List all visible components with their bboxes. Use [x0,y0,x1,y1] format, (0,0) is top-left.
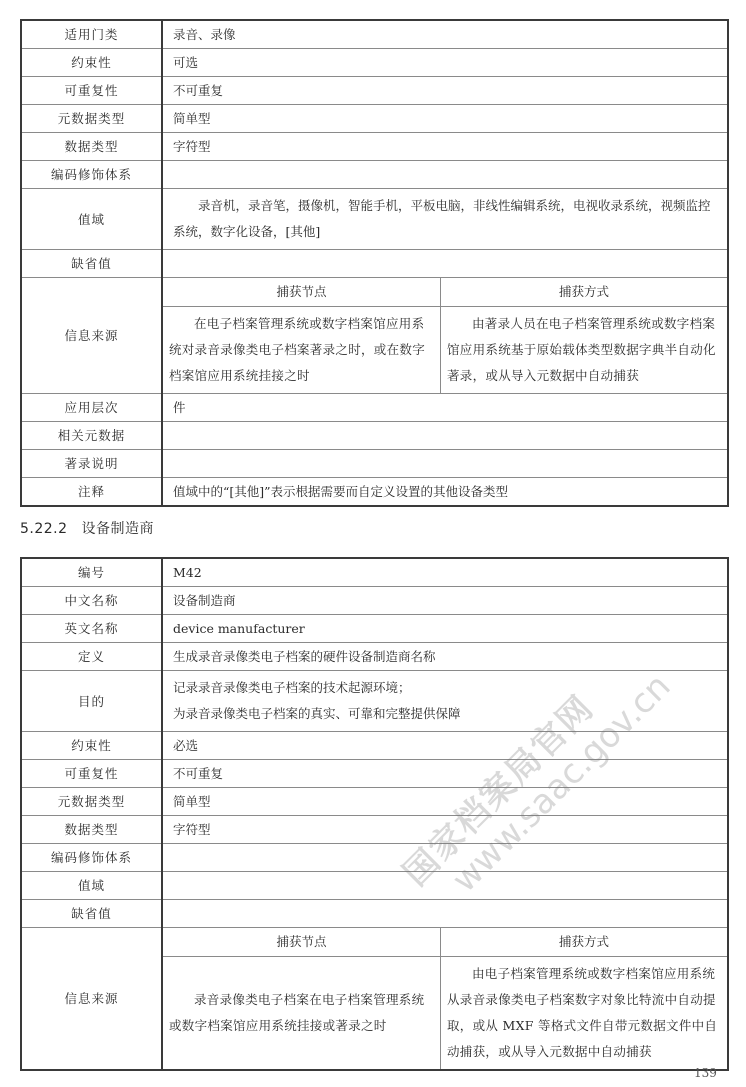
row-value: device manufacturer [162,615,728,643]
row-label: 英文名称 [21,615,162,643]
metadata-table-device-type: 适用门类 录音、录像 约束性 可选 可重复性 不可重复 元数据类型 简单型 数据… [20,19,729,507]
table-row: 可重复性 不可重复 [21,760,728,788]
metadata-table-device-manufacturer: 编号 M42 中文名称 设备制造商 英文名称 device manufactur… [20,557,729,1071]
table-row: 值域 [21,872,728,900]
row-value [162,422,728,450]
purpose-line: 记录录音录像类电子档案的技术起源环境； [173,675,717,701]
table-row: 应用层次 件 [21,394,728,422]
table-row-info-source: 信息来源 捕获节点 捕获方式 在电子档案管理系统或数字档案馆应用系统对录音录像类… [21,278,728,394]
row-label: 定义 [21,643,162,671]
row-value [162,872,728,900]
table-row: 著录说明 [21,450,728,478]
row-value [162,844,728,872]
page-number: 139 [694,1066,717,1080]
row-label: 可重复性 [21,77,162,105]
row-label: 约束性 [21,49,162,77]
row-value: 简单型 [162,105,728,133]
table-row: 数据类型 字符型 [21,816,728,844]
row-value [162,250,728,278]
row-label: 元数据类型 [21,788,162,816]
table-row: 元数据类型 简单型 [21,788,728,816]
row-label: 元数据类型 [21,105,162,133]
row-label: 注释 [21,478,162,507]
table-row-purpose: 目的 记录录音录像类电子档案的技术起源环境； 为录音录像类电子档案的真实、可靠和… [21,671,728,732]
capture-method-text: 由著录人员在电子档案管理系统或数字档案馆应用系统基于原始载体类型数据字典半自动化… [441,307,728,394]
row-value: 不可重复 [162,77,728,105]
row-label: 值域 [21,189,162,250]
row-value: 不可重复 [162,760,728,788]
row-label: 编码修饰体系 [21,161,162,189]
row-label: 著录说明 [21,450,162,478]
row-label: 信息来源 [21,928,162,1071]
section-heading: 5.22.2设备制造商 [20,518,154,538]
table-row: 可重复性 不可重复 [21,77,728,105]
table-row: 相关元数据 [21,422,728,450]
row-value: 字符型 [162,133,728,161]
row-value: 字符型 [162,816,728,844]
capture-node-text: 在电子档案管理系统或数字档案馆应用系统对录音录像类电子档案著录之时，或在数字档案… [163,307,441,394]
section-title: 设备制造商 [82,521,155,537]
row-value: 录音机，录音笔，摄像机，智能手机，平板电脑，非线性编辑系统，电视收录系统，视频监… [162,189,728,250]
row-label: 编码修饰体系 [21,844,162,872]
info-source-subtable-cell: 捕获节点 捕获方式 录音录像类电子档案在电子档案管理系统或数字档案馆应用系统挂接… [162,928,728,1071]
table-row: 约束性 必选 [21,732,728,760]
table-row: 适用门类 录音、录像 [21,20,728,49]
row-label: 数据类型 [21,133,162,161]
info-source-subtable-cell: 捕获节点 捕获方式 在电子档案管理系统或数字档案馆应用系统对录音录像类电子档案著… [162,278,728,394]
purpose-line: 为录音录像类电子档案的真实、可靠和完整提供保障 [173,701,717,727]
table-row-info-source: 信息来源 捕获节点 捕获方式 录音录像类电子档案在电子档案管理系统或数字档案馆应… [21,928,728,1071]
subtable-header-capture-node: 捕获节点 [163,928,441,957]
row-value: 生成录音录像类电子档案的硬件设备制造商名称 [162,643,728,671]
row-label: 可重复性 [21,760,162,788]
row-value: M42 [162,558,728,587]
table-row: 约束性 可选 [21,49,728,77]
table-row: 定义 生成录音录像类电子档案的硬件设备制造商名称 [21,643,728,671]
row-value: 件 [162,394,728,422]
table-row: 英文名称 device manufacturer [21,615,728,643]
row-label: 约束性 [21,732,162,760]
row-value: 值域中的“[其他]”表示根据需要而自定义设置的其他设备类型 [162,478,728,507]
row-label: 数据类型 [21,816,162,844]
row-label: 应用层次 [21,394,162,422]
row-value: 可选 [162,49,728,77]
table-row: 中文名称 设备制造商 [21,587,728,615]
row-label: 中文名称 [21,587,162,615]
table-row: 值域 录音机，录音笔，摄像机，智能手机，平板电脑，非线性编辑系统，电视收录系统，… [21,189,728,250]
row-label: 编号 [21,558,162,587]
row-label: 值域 [21,872,162,900]
info-source-subtable: 捕获节点 捕获方式 录音录像类电子档案在电子档案管理系统或数字档案馆应用系统挂接… [163,928,727,1069]
purpose-value: 记录录音录像类电子档案的技术起源环境； 为录音录像类电子档案的真实、可靠和完整提… [162,671,728,732]
table-row: 数据类型 字符型 [21,133,728,161]
row-value: 简单型 [162,788,728,816]
info-source-subtable: 捕获节点 捕获方式 在电子档案管理系统或数字档案馆应用系统对录音录像类电子档案著… [163,278,727,393]
section-number: 5.22.2 [20,521,68,537]
row-label: 目的 [21,671,162,732]
subtable-header-capture-node: 捕获节点 [163,278,441,307]
table-row: 编码修饰体系 [21,844,728,872]
row-label: 缺省值 [21,900,162,928]
row-label: 相关元数据 [21,422,162,450]
row-value: 设备制造商 [162,587,728,615]
table-row: 注释 值域中的“[其他]”表示根据需要而自定义设置的其他设备类型 [21,478,728,507]
row-value [162,450,728,478]
subtable-header-capture-method: 捕获方式 [441,928,728,957]
row-label: 适用门类 [21,20,162,49]
capture-method-text: 由电子档案管理系统或数字档案馆应用系统从录音录像类电子档案数字对象比特流中自动提… [441,957,728,1070]
table-row: 编码修饰体系 [21,161,728,189]
row-value [162,900,728,928]
capture-node-text: 录音录像类电子档案在电子档案管理系统或数字档案馆应用系统挂接或著录之时 [163,957,441,1070]
table-row: 缺省值 [21,900,728,928]
row-value [162,161,728,189]
row-value: 必选 [162,732,728,760]
table-row: 元数据类型 简单型 [21,105,728,133]
subtable-header-capture-method: 捕获方式 [441,278,728,307]
table-row: 缺省值 [21,250,728,278]
row-value: 录音、录像 [162,20,728,49]
row-label: 信息来源 [21,278,162,394]
table-row: 编号 M42 [21,558,728,587]
row-label: 缺省值 [21,250,162,278]
